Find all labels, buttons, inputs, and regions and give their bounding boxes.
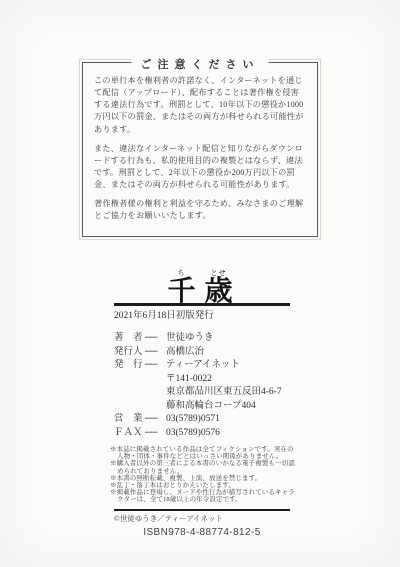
row-value: 東京都品川区東五反田4-6-7	[166, 386, 290, 400]
colophon-row-address1: 東京都品川区東五反田4-6-7	[114, 386, 290, 400]
bottom-rule	[114, 509, 290, 512]
colophon-row-publisher: 発 行──ティーアイネット	[114, 359, 290, 373]
row-label: 著 者	[114, 332, 145, 346]
colophon-row-fax: ＦＡＸ──03(5789)0576	[114, 427, 290, 441]
book-title: ち 千 とせ 歳	[0, 262, 400, 307]
notice-paragraph: また、違法なインターネット配信と知りながらダウンロードする行為も、私的使用目的の…	[94, 143, 306, 192]
title-char: とせ 歳	[205, 269, 233, 307]
notice-paragraph: この単行本を権利者の許諾なく、インターネットを通じて配信（アップロード）、配布す…	[94, 75, 306, 136]
top-rule	[114, 303, 290, 306]
row-dash: ──	[145, 359, 166, 373]
colophon-page: { "notice": { "title": "ご注意ください", "parag…	[0, 0, 400, 567]
legal-note: ※購入者以外の第三者による本書のいかなる電子複製も一切認められておりません。	[110, 460, 296, 474]
row-value: ティーアイネット	[166, 359, 290, 373]
row-value: 03(5789)0576	[166, 427, 290, 441]
notice-paragraph: 著作権者様の権利と利益を守るため、みなさまのご理解とご協力をお願いいたします。	[94, 198, 306, 222]
row-value: 03(5789)0571	[166, 413, 290, 427]
notice-title: ご注意ください	[132, 56, 269, 72]
row-dash	[145, 400, 166, 414]
row-label: 発 行	[114, 359, 145, 373]
colophon-row-address2: 藤和高輪台コープ404	[114, 400, 290, 414]
row-label	[114, 373, 145, 387]
row-value: 高橋広治	[166, 346, 290, 360]
edition-date: 2021年6月18日初版発行	[114, 310, 290, 322]
row-dash: ──	[145, 427, 166, 441]
row-label: 営 業	[114, 413, 145, 427]
colophon-row-publisher-person: 発行人──高橋広治	[114, 346, 290, 360]
row-value: 藤和高輪台コープ404	[166, 400, 290, 414]
colophon-block: 2021年6月18日初版発行 著 者──世徒ゆうき 発行人──高橋広治 発 行─…	[114, 303, 290, 538]
row-dash: ──	[145, 346, 166, 360]
row-dash	[145, 386, 166, 400]
copyright-notice-box: ご注意ください この単行本を権利者の許諾なく、インターネットを通じて配信（アップ…	[82, 62, 318, 237]
legal-note: ※本書の無断転載、複製、上演、放送を禁じます。	[110, 475, 296, 482]
legal-note: ※本誌に掲載されている作品は全てフィクションです。実在の人物・団体・事件などとは…	[110, 446, 296, 460]
row-dash: ──	[145, 332, 166, 346]
row-value: 世徒ゆうき	[166, 332, 290, 346]
row-dash: ──	[145, 413, 166, 427]
row-label	[114, 400, 145, 414]
row-value: 〒141-0022	[166, 373, 290, 387]
row-label	[114, 386, 145, 400]
colophon-row-postal: 〒141-0022	[114, 373, 290, 387]
row-dash	[145, 373, 166, 387]
colophon-row-sales-phone: 営 業──03(5789)0571	[114, 413, 290, 427]
legal-note: ※掲載作品に登場し、ヌードや性行為が描写されているキャラクターは、全て18歳以上…	[110, 489, 296, 503]
row-label: ＦＡＸ	[114, 427, 145, 441]
legal-notes: ※本誌に掲載されている作品は全てフィクションです。実在の人物・団体・事件などとは…	[110, 446, 296, 504]
isbn-number: ISBN978-4-88774-812-5	[114, 527, 290, 538]
copyright-line: ©世徒ゆうき／ティーアイネット	[114, 514, 290, 524]
row-label: 発行人	[114, 346, 145, 360]
colophon-row-author: 著 者──世徒ゆうき	[114, 332, 290, 346]
title-char: ち 千	[167, 269, 195, 307]
